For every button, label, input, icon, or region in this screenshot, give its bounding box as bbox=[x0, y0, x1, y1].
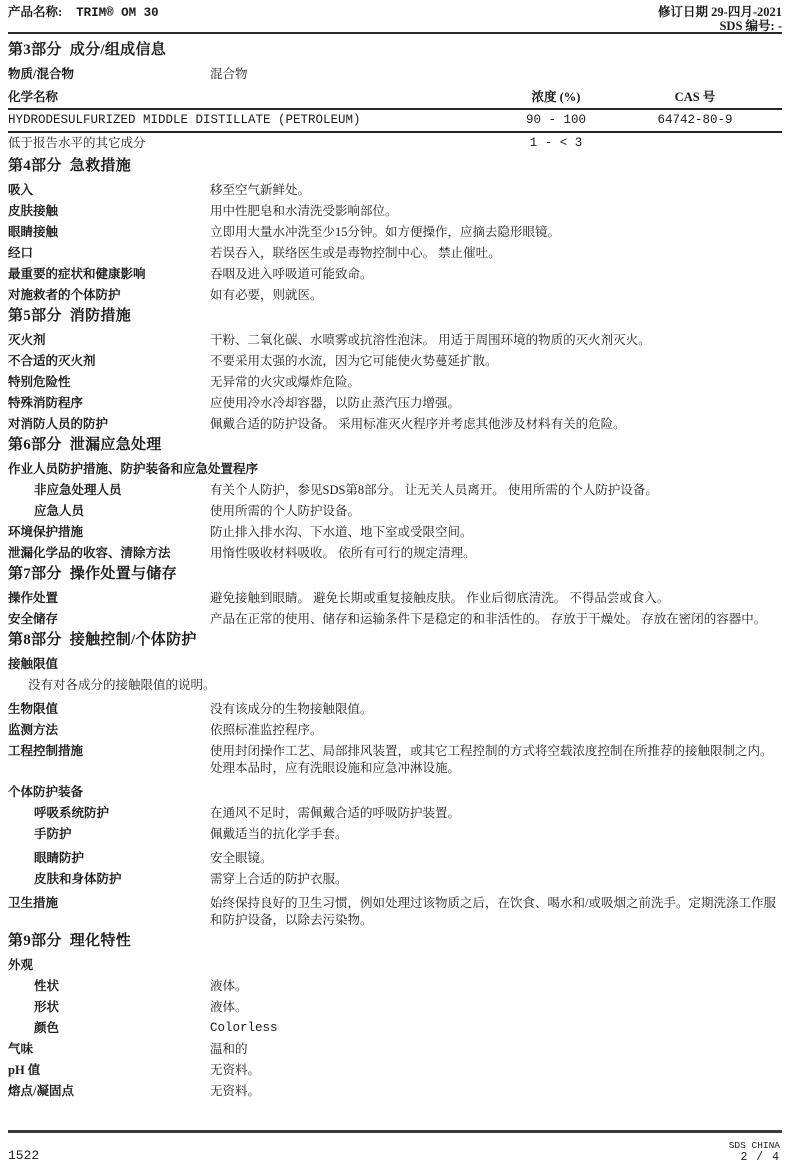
revision-date: 修订日期 29-四月-2021 bbox=[658, 5, 782, 19]
field-value: 液体。 bbox=[210, 978, 782, 995]
table-row: 低于报告水平的其它成分1 - < 3 bbox=[8, 133, 782, 154]
footer-divider bbox=[8, 1130, 782, 1133]
section-heading: 第8部分 接触控制/个体防护 bbox=[8, 632, 782, 649]
field-value: 干粉、二氧化碳、水喷雾或抗溶性泡沫。 用适于周围环境的物质的灭火剂灭火。 bbox=[210, 332, 782, 349]
field-label: 皮肤接触 bbox=[8, 203, 210, 220]
section-heading: 第9部分 理化特性 bbox=[8, 933, 782, 950]
field-row: 最重要的症状和健康影响吞咽及进入呼吸道可能致命。 bbox=[8, 266, 782, 283]
field-value: 温和的 bbox=[210, 1041, 782, 1058]
field-value: 使用所需的个人防护设备。 bbox=[210, 503, 782, 520]
field-label: 特别危险性 bbox=[8, 374, 210, 391]
field-value: 没有该成分的生物接触限值。 bbox=[210, 701, 782, 718]
sds-number: SDS 编号: - bbox=[658, 19, 782, 33]
subsection-label: 接触限值 bbox=[8, 656, 782, 673]
field-row: 特别危险性无异常的火灾或爆炸危险。 bbox=[8, 374, 782, 391]
section-heading: 第3部分 成分/组成信息 bbox=[8, 42, 782, 59]
column-header: 化学名称 bbox=[8, 89, 476, 106]
field-row: 经口若误吞入，联络医生或是毒物控制中心。 禁止催吐。 bbox=[8, 245, 782, 262]
field-row: pH 值无资料。 bbox=[8, 1062, 782, 1079]
field-label: 眼睛接触 bbox=[8, 224, 210, 241]
table-row: HYDRODESULFURIZED MIDDLE DISTILLATE (PET… bbox=[8, 110, 782, 131]
field-value: 应使用冷水冷却容器，以防止蒸汽压力增强。 bbox=[210, 395, 782, 412]
footer-region: SDS CHINA bbox=[729, 1140, 780, 1151]
field-row: 特殊消防程序应使用冷水冷却容器，以防止蒸汽压力增强。 bbox=[8, 395, 782, 412]
field-value: 无资料。 bbox=[210, 1062, 782, 1079]
field-value: 依照标准监控程序。 bbox=[210, 722, 782, 739]
field-value: 立即用大量水冲洗至少15分钟。如方便操作，应摘去隐形眼镜。 bbox=[210, 224, 782, 241]
field-label: 非应急处理人员 bbox=[8, 482, 210, 499]
table-cell: 1 - < 3 bbox=[476, 135, 636, 152]
field-row: 气味温和的 bbox=[8, 1041, 782, 1058]
field-label: 眼睛防护 bbox=[8, 850, 210, 867]
field-label: 最重要的症状和健康影响 bbox=[8, 266, 210, 283]
field-value: 始终保持良好的卫生习惯，例如处理过该物质之后，在饮食、喝水和/或吸烟之前洗手。定… bbox=[210, 895, 782, 929]
field-label: 监测方法 bbox=[8, 722, 210, 739]
field-value: Colorless bbox=[210, 1020, 782, 1037]
field-row: 颜色Colorless bbox=[8, 1020, 782, 1037]
field-value: 如有必要，则就医。 bbox=[210, 287, 782, 304]
field-value: 若误吞入，联络医生或是毒物控制中心。 禁止催吐。 bbox=[210, 245, 782, 262]
field-value: 需穿上合适的防护衣服。 bbox=[210, 871, 782, 888]
field-label: 生物限值 bbox=[8, 701, 210, 718]
table-cell bbox=[636, 135, 754, 152]
field-value: 用惰性吸收材料吸收。 依所有可行的规定清理。 bbox=[210, 545, 782, 562]
field-label: 灭火剂 bbox=[8, 332, 210, 349]
field-label: 泄漏化学品的收容、清除方法 bbox=[8, 545, 210, 562]
field-value: 不要采用太强的水流，因为它可能使火势蔓延扩散。 bbox=[210, 353, 782, 370]
field-label: 环境保护措施 bbox=[8, 524, 210, 541]
table-cell: 64742-80-9 bbox=[636, 112, 754, 129]
field-label: 安全储存 bbox=[8, 611, 210, 628]
table-cell: 低于报告水平的其它成分 bbox=[8, 135, 476, 152]
field-row: 对施救者的个体防护如有必要，则就医。 bbox=[8, 287, 782, 304]
ingredients-table: 化学名称浓度 (%)CAS 号HYDRODESULFURIZED MIDDLE … bbox=[8, 87, 782, 154]
field-value: 无资料。 bbox=[210, 1083, 782, 1100]
field-row: 监测方法依照标准监控程序。 bbox=[8, 722, 782, 739]
field-label: 物质/混合物 bbox=[8, 66, 210, 83]
note-text: 没有对各成分的接触限值的说明。 bbox=[28, 677, 782, 694]
field-value: 防止排入排水沟、下水道、地下室或受限空间。 bbox=[210, 524, 782, 541]
field-label: pH 值 bbox=[8, 1062, 210, 1079]
table-header-row: 化学名称浓度 (%)CAS 号 bbox=[8, 87, 782, 108]
sds-page: 产品名称:TRIM® OM 30 修订日期 29-四月-2021 SDS 编号:… bbox=[0, 0, 790, 1170]
field-value: 避免接触到眼睛。 避免长期或重复接触皮肤。 作业后彻底清洗。 不得品尝或食入。 bbox=[210, 590, 782, 607]
field-row: 环境保护措施防止排入排水沟、下水道、地下室或受限空间。 bbox=[8, 524, 782, 541]
field-label: 工程控制措施 bbox=[8, 743, 210, 777]
field-row: 应急人员使用所需的个人防护设备。 bbox=[8, 503, 782, 520]
field-label: 对消防人员的防护 bbox=[8, 416, 210, 433]
field-value: 产品在正常的使用、储存和运输条件下是稳定的和非活性的。 存放于干燥处。 存放在密… bbox=[210, 611, 782, 628]
field-row: 工程控制措施使用封闭操作工艺、局部排风装置，或其它工程控制的方式将空载浓度控制在… bbox=[8, 743, 782, 777]
field-row: 卫生措施始终保持良好的卫生习惯，例如处理过该物质之后，在饮食、喝水和/或吸烟之前… bbox=[8, 895, 782, 929]
field-label: 不合适的灭火剂 bbox=[8, 353, 210, 370]
product-name-label: 产品名称: bbox=[8, 5, 62, 19]
field-row: 操作处置避免接触到眼睛。 避免长期或重复接触皮肤。 作业后彻底清洗。 不得品尝或… bbox=[8, 590, 782, 607]
field-row: 熔点/凝固点无资料。 bbox=[8, 1083, 782, 1100]
header-divider bbox=[8, 32, 782, 34]
field-label: 性状 bbox=[8, 978, 210, 995]
subsection-label: 外观 bbox=[8, 957, 782, 974]
field-label: 吸入 bbox=[8, 182, 210, 199]
field-row: 性状液体。 bbox=[8, 978, 782, 995]
field-label: 皮肤和身体防护 bbox=[8, 871, 210, 888]
field-label: 手防护 bbox=[8, 826, 210, 843]
field-label: 卫生措施 bbox=[8, 895, 210, 929]
section-heading: 第4部分 急救措施 bbox=[8, 158, 782, 175]
field-label: 气味 bbox=[8, 1041, 210, 1058]
field-value: 混合物 bbox=[210, 66, 782, 83]
field-value: 安全眼镜。 bbox=[210, 850, 782, 867]
field-row: 皮肤接触用中性肥皂和水清洗受影响部位。 bbox=[8, 203, 782, 220]
page-header: 产品名称:TRIM® OM 30 修订日期 29-四月-2021 SDS 编号:… bbox=[8, 5, 782, 33]
header-meta: 修订日期 29-四月-2021 SDS 编号: - bbox=[658, 5, 782, 33]
field-value: 吞咽及进入呼吸道可能致命。 bbox=[210, 266, 782, 283]
column-header: 浓度 (%) bbox=[476, 89, 636, 106]
field-row: 呼吸系统防护在通风不足时，需佩戴合适的呼吸防护装置。 bbox=[8, 805, 782, 822]
footer-meta: SDS CHINA 2 / 4 bbox=[729, 1140, 780, 1165]
product-name-line: 产品名称:TRIM® OM 30 bbox=[8, 5, 159, 33]
field-value: 液体。 bbox=[210, 999, 782, 1016]
table-cell: 90 - 100 bbox=[476, 112, 636, 129]
field-value: 使用封闭操作工艺、局部排风装置，或其它工程控制的方式将空载浓度控制在所推荐的接触… bbox=[210, 743, 782, 777]
field-label: 特殊消防程序 bbox=[8, 395, 210, 412]
field-value: 佩戴合适的防护设备。 采用标准灭火程序并考虑其他涉及材料有关的危险。 bbox=[210, 416, 782, 433]
field-value: 无异常的火灾或爆炸危险。 bbox=[210, 374, 782, 391]
field-label: 呼吸系统防护 bbox=[8, 805, 210, 822]
field-row: 手防护佩戴适当的抗化学手套。 bbox=[8, 826, 782, 843]
field-row: 不合适的灭火剂不要采用太强的水流，因为它可能使火势蔓延扩散。 bbox=[8, 353, 782, 370]
subsection-label: 作业人员防护措施、防护装备和应急处置程序 bbox=[8, 461, 782, 478]
field-row: 非应急处理人员有关个人防护，参见SDS第8部分。 让无关人员离开。 使用所需的个… bbox=[8, 482, 782, 499]
footer-doc-number: 1522 bbox=[8, 1148, 39, 1163]
field-row: 生物限值没有该成分的生物接触限值。 bbox=[8, 701, 782, 718]
field-value: 用中性肥皂和水清洗受影响部位。 bbox=[210, 203, 782, 220]
field-value: 佩戴适当的抗化学手套。 bbox=[210, 826, 782, 843]
footer-page-number: 2 / 4 bbox=[729, 1151, 780, 1165]
field-label: 经口 bbox=[8, 245, 210, 262]
field-row: 泄漏化学品的收容、清除方法用惰性吸收材料吸收。 依所有可行的规定清理。 bbox=[8, 545, 782, 562]
field-label: 应急人员 bbox=[8, 503, 210, 520]
field-row: 形状液体。 bbox=[8, 999, 782, 1016]
field-row: 眼睛防护安全眼镜。 bbox=[8, 850, 782, 867]
product-name-value: TRIM® OM 30 bbox=[76, 6, 159, 20]
field-value: 移至空气新鲜处。 bbox=[210, 182, 782, 199]
section-heading: 第5部分 消防措施 bbox=[8, 308, 782, 325]
field-row: 吸入移至空气新鲜处。 bbox=[8, 182, 782, 199]
section-heading: 第7部分 操作处置与储存 bbox=[8, 566, 782, 583]
field-row: 眼睛接触立即用大量水冲洗至少15分钟。如方便操作，应摘去隐形眼镜。 bbox=[8, 224, 782, 241]
field-row: 对消防人员的防护佩戴合适的防护设备。 采用标准灭火程序并考虑其他涉及材料有关的危… bbox=[8, 416, 782, 433]
field-row: 安全储存产品在正常的使用、储存和运输条件下是稳定的和非活性的。 存放于干燥处。 … bbox=[8, 611, 782, 628]
field-value: 在通风不足时，需佩戴合适的呼吸防护装置。 bbox=[210, 805, 782, 822]
field-label: 对施救者的个体防护 bbox=[8, 287, 210, 304]
column-header: CAS 号 bbox=[636, 89, 754, 106]
field-row: 物质/混合物混合物 bbox=[8, 66, 782, 83]
field-label: 颜色 bbox=[8, 1020, 210, 1037]
field-label: 操作处置 bbox=[8, 590, 210, 607]
field-row: 灭火剂干粉、二氧化碳、水喷雾或抗溶性泡沫。 用适于周围环境的物质的灭火剂灭火。 bbox=[8, 332, 782, 349]
section-heading: 第6部分 泄漏应急处理 bbox=[8, 437, 782, 454]
field-value: 有关个人防护，参见SDS第8部分。 让无关人员离开。 使用所需的个人防护设备。 bbox=[210, 482, 782, 499]
field-label: 形状 bbox=[8, 999, 210, 1016]
document-body: 第3部分 成分/组成信息物质/混合物混合物化学名称浓度 (%)CAS 号HYDR… bbox=[8, 38, 782, 1104]
subsection-label: 个体防护装备 bbox=[8, 784, 782, 801]
table-cell: HYDRODESULFURIZED MIDDLE DISTILLATE (PET… bbox=[8, 112, 476, 129]
field-row: 皮肤和身体防护需穿上合适的防护衣服。 bbox=[8, 871, 782, 888]
field-label: 熔点/凝固点 bbox=[8, 1083, 210, 1100]
